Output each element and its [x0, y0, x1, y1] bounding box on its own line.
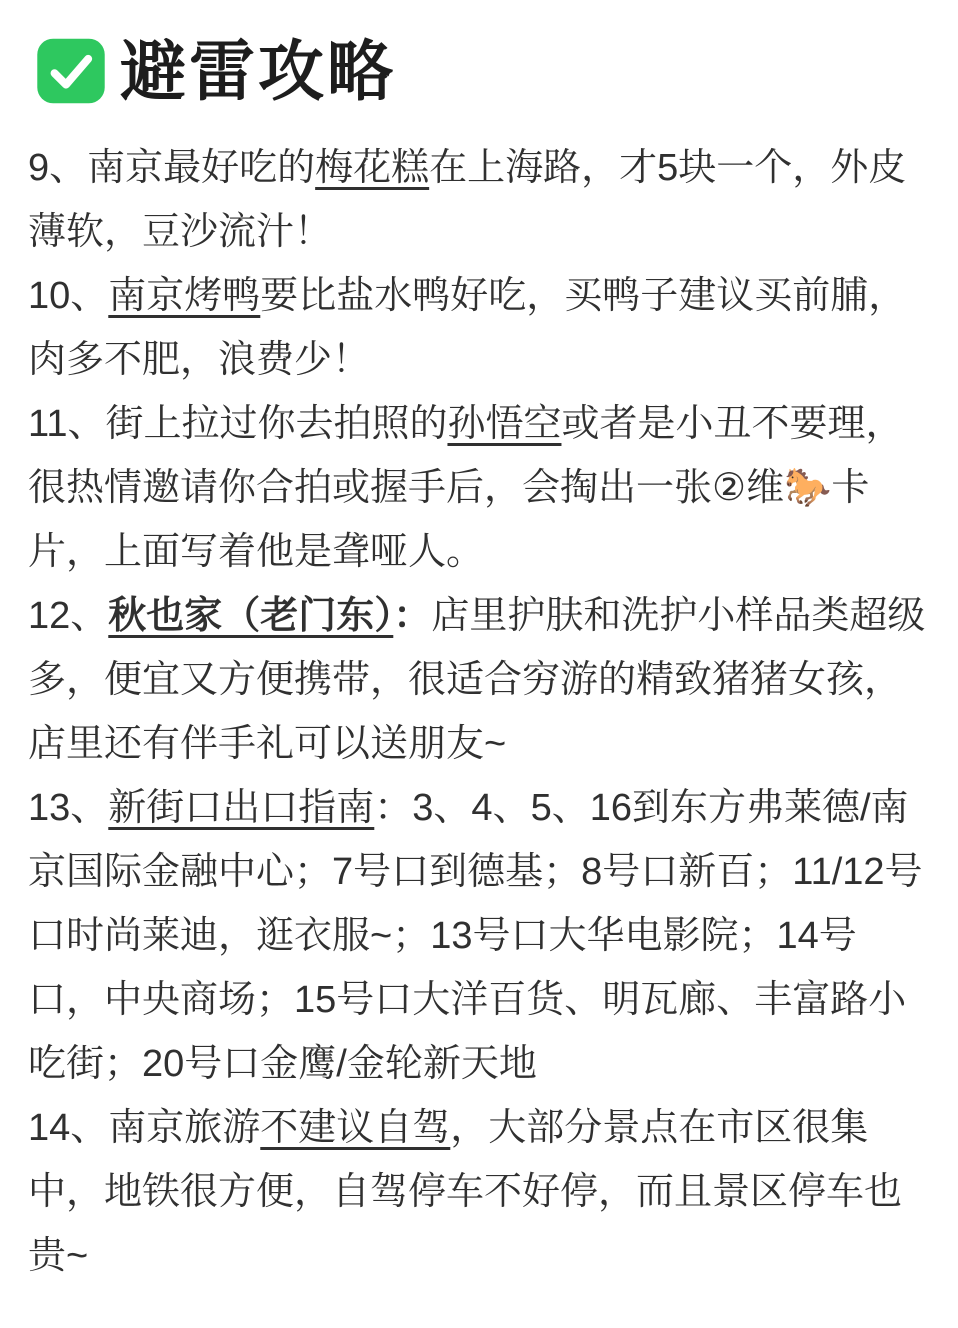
highlighted-term: 秋也家（老门东）	[108, 595, 393, 637]
guide-header: 避雷攻略	[28, 36, 930, 106]
text-segment: 10、	[28, 275, 108, 317]
guide-item-10: 10、南京烤鸭要比盐水鸭好吃，买鸭子建议买前脯，肉多不肥，浪费少！	[28, 264, 930, 392]
text-segment: 12、	[28, 595, 108, 637]
guide-item-9: 9、南京最好吃的梅花糕在上海路，才5块一个，外皮薄软，豆沙流汁！	[28, 136, 930, 264]
page-title: 避雷攻略	[120, 36, 396, 106]
guide-content: 9、南京最好吃的梅花糕在上海路，才5块一个，外皮薄软，豆沙流汁！ 10、南京烤鸭…	[28, 136, 930, 1288]
highlighted-term: 不建议自驾	[260, 1107, 450, 1149]
text-segment: 14、南京旅游	[28, 1107, 260, 1149]
guide-item-12: 12、秋也家（老门东）：店里护肤和洗护小样品类超级多，便宜又方便携带，很适合穷游…	[28, 584, 930, 776]
guide-item-13: 13、新街口出口指南：3、4、5、16到东方弗莱德/南京国际金融中心；7号口到德…	[28, 776, 930, 1096]
text-segment: 11、街上拉过你去拍照的	[28, 403, 447, 445]
check-badge-icon	[36, 38, 106, 104]
text-segment: 13、	[28, 787, 108, 829]
highlighted-term: 孙悟空	[447, 403, 561, 445]
guide-item-14: 14、南京旅游不建议自驾，大部分景点在市区很集中，地铁很方便，自驾停车不好停，而…	[28, 1096, 930, 1288]
note-page: 避雷攻略 9、南京最好吃的梅花糕在上海路，才5块一个，外皮薄软，豆沙流汁！ 10…	[0, 0, 958, 1328]
highlighted-term: 梅花糕	[315, 147, 429, 189]
text-segment: 9、南京最好吃的	[28, 147, 315, 189]
text-segment: ：	[393, 595, 431, 637]
highlighted-term: 新街口出口指南	[108, 787, 374, 829]
text-segment: ：3、4、5、16到东方弗莱德/南京国际金融中心；7号口到德基；8号口新百；11…	[28, 787, 923, 1085]
highlighted-term: 南京烤鸭	[108, 275, 260, 317]
guide-item-11: 11、街上拉过你去拍照的孙悟空或者是小丑不要理，很热情邀请你合拍或握手后，会掏出…	[28, 392, 930, 584]
